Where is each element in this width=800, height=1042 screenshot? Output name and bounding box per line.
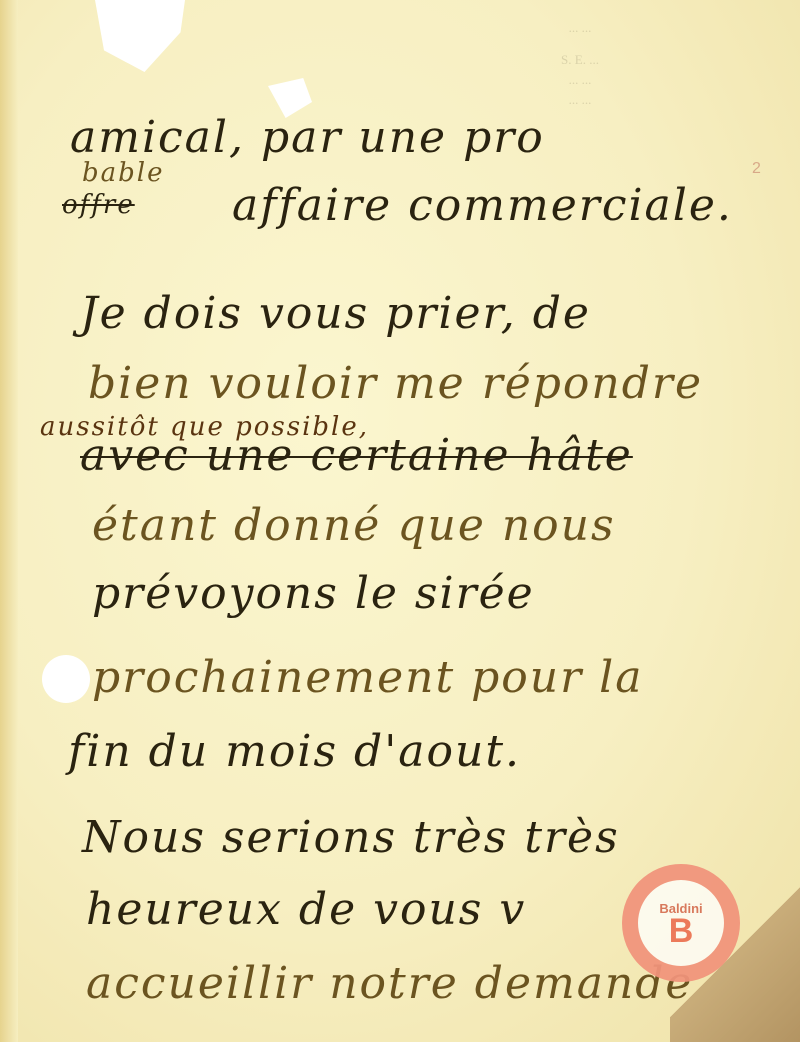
- letterhead-line: ... ...: [420, 70, 740, 90]
- handwritten-struck-word: offre: [62, 190, 135, 220]
- handwritten-line: Nous serions très très: [82, 812, 620, 863]
- handwritten-line: prévoyons le sirée: [92, 568, 535, 619]
- letterhead-line: ... ...: [420, 18, 740, 38]
- handwritten-line: amical, par une pro: [70, 112, 545, 163]
- handwritten-line: étant donné que nous: [92, 500, 616, 551]
- book-logo-icon: B: [669, 916, 694, 946]
- library-watermark-stamp: Baldini B: [622, 864, 740, 982]
- handwritten-line: fin du mois d'aout.: [68, 726, 521, 777]
- margin-mark: 2: [752, 160, 761, 178]
- letterhead-bleedthrough: ... ... S. E. ... ... ... ... ...: [420, 18, 740, 110]
- handwritten-line: heureux de vous v: [86, 884, 526, 935]
- handwritten-line: accueillir notre demande: [86, 958, 693, 1009]
- handwritten-line: affaire commerciale.: [232, 180, 733, 231]
- handwritten-line: prochainement pour la: [92, 652, 643, 703]
- handwritten-struck-line: avec une certaine hâte: [80, 430, 633, 481]
- punch-hole: [42, 655, 90, 703]
- letterhead-line: ... ...: [420, 90, 740, 110]
- handwritten-insertion: bable: [82, 158, 165, 188]
- paper-tear: [95, 0, 185, 72]
- letterhead-line: S. E. ...: [420, 50, 740, 70]
- letter-paper: ... ... S. E. ... ... ... ... ... 2 amic…: [0, 0, 800, 1042]
- paper-edge: [0, 0, 18, 1042]
- handwritten-line: bien vouloir me répondre: [88, 358, 703, 409]
- handwritten-line: Je dois vous prier, de: [80, 288, 591, 339]
